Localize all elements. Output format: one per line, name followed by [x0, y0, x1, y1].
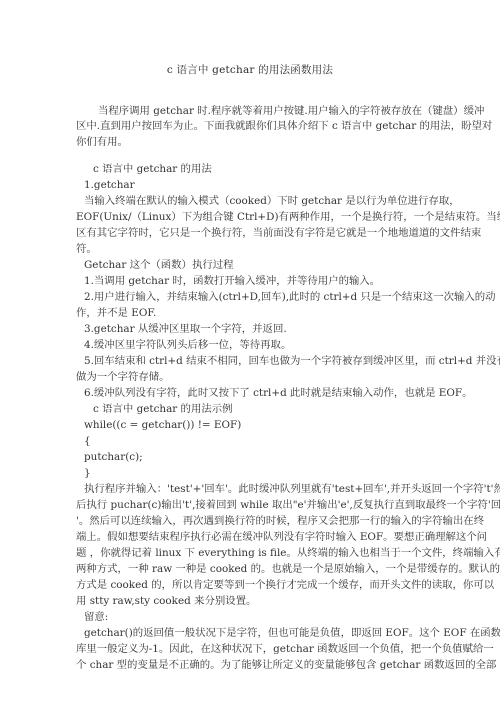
paragraph-line: 5.回车结束和 ctrl+d 结束不相同，回车也做为一个字符被存到缓冲区里，而 …: [84, 354, 424, 369]
paragraph-line: 留意:: [84, 610, 424, 625]
paragraph-line: 当输入终端在默认的输入模式（cooked）下时 getchar 是以行为单位进行…: [84, 194, 424, 209]
paragraph-line: 3.getchar 从缓冲区里取一个字符，并返回.: [84, 322, 424, 337]
paragraph-line: getchar()的返回值一般状况下是字符，但也可能是负值，即返回 EOF。这个…: [84, 626, 424, 641]
document-title: c 语言中 getchar 的用法函数用法: [0, 62, 500, 77]
paragraph-line: 1.当调用 getchar 时，函数打开输入缓冲，并等待用户的输入。: [84, 274, 424, 289]
paragraph-line: Getchar 这个（函数）执行过程: [84, 258, 424, 273]
paragraph-line: c 语言中 getchar 的用法: [93, 162, 424, 177]
paragraph-line: 4.缓冲区里字符队列头后移一位，等待再取。: [84, 338, 424, 353]
paragraph-line: 后执行 puchar(c)输出't',接着回到 while 取出"e'并输出'e…: [76, 498, 424, 513]
paragraph-line: 题 ，你就得记着 linux 下 everything is file。从终端的…: [76, 546, 424, 561]
paragraph-line: 用 stty raw,sty cooked 来分别设置。: [76, 594, 424, 609]
paragraph-line: putchar(c);: [84, 450, 424, 465]
paragraph-line: 你们有用。: [76, 135, 424, 150]
paragraph-line: 端上。假如想要结束程序执行必需在缓冲队列没有字符时输入 EOF。要想正确理解这个…: [76, 530, 424, 545]
paragraph-line: EOF(Unix/（Linux）下为组合键 Ctrl+D)有两种作用，一个是换行…: [76, 210, 424, 225]
paragraph-line: {: [84, 434, 424, 449]
paragraph-line: 6.缓冲队列没有字符，此时又按下了 ctrl+d 此时就是结束输入动作，也就是 …: [84, 386, 424, 401]
paragraph-line: 区有其它字符时，它只是一个换行符，当前面没有字符是它就是一个地地道道的文件结束: [76, 226, 424, 241]
paragraph-line: 1.getchar: [84, 178, 424, 193]
paragraph-line: 执行程序并输入：'test'+'回车'。此时缓冲队列里就有'test+回车',并…: [84, 482, 424, 497]
paragraph-line: 符。: [76, 242, 424, 257]
paragraph-line: 作，并不是 EOF.: [76, 306, 424, 321]
paragraph-line: 2.用户进行输入，并结束输入(ctrl+D,回车),此时的 ctrl+d 只是一…: [84, 290, 424, 305]
paragraph-line: 库里一般定义为-1。因此，在这种状况下，getchar 函数返回一个负值，把一个…: [76, 642, 424, 657]
document-page: c 语言中 getchar 的用法函数用法 当程序调用 getchar 时.程序…: [0, 0, 500, 707]
paragraph-line: 当程序调用 getchar 时.程序就等着用户按键.用户输入的字符被存放在（键盘…: [98, 104, 424, 119]
paragraph-line: 方式是 cooked 的，所以肯定要等到一个换行才完成一个缓存，而开头文件的读取…: [76, 578, 424, 593]
paragraph-line: 区中.直到用户按回车为止。下面我就跟你们具体介绍下 c 语言中 getchar …: [76, 119, 424, 134]
paragraph-line: }: [84, 466, 424, 481]
paragraph-line: 做为一个字符存储。: [76, 370, 424, 385]
paragraph-line: '。然后可以连续输入，再次遇到换行符的时候，程序又会把那一行的输入的字符输出在终: [76, 514, 424, 529]
paragraph-line: 两种方式，一种 raw 一种是 cooked 的。也就是一个是原始输入，一个是带…: [76, 562, 424, 577]
paragraph-line: c 语言中 getchar 的用法示例: [93, 402, 424, 417]
paragraph-line: 个 char 型的变量是不正确的。为了能够让所定义的变量能够包含 getchar…: [76, 658, 424, 673]
paragraph-line: while((c = getchar()) != EOF): [84, 418, 424, 433]
